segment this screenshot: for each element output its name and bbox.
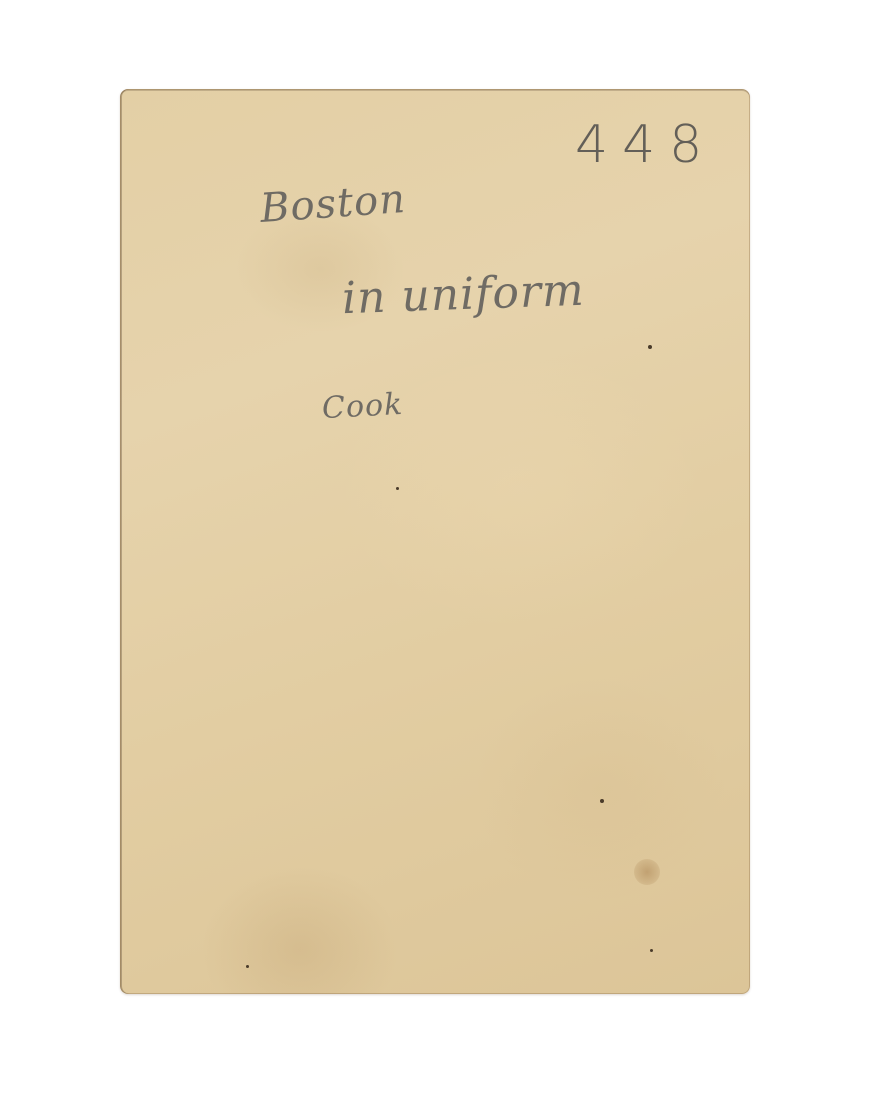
speck xyxy=(396,487,399,490)
handwritten-line-2: in uniform xyxy=(341,265,585,324)
speck xyxy=(246,965,249,968)
foxing-stain xyxy=(634,859,660,885)
photo-card-back: 448 Boston in uniform Cook xyxy=(120,89,750,994)
handwritten-line-3: Cook xyxy=(321,387,404,426)
catalog-number-inscription: 448 xyxy=(575,115,716,175)
speck xyxy=(650,949,653,952)
speck xyxy=(648,345,652,349)
handwritten-line-1: Boston xyxy=(259,176,408,232)
speck xyxy=(600,799,604,803)
